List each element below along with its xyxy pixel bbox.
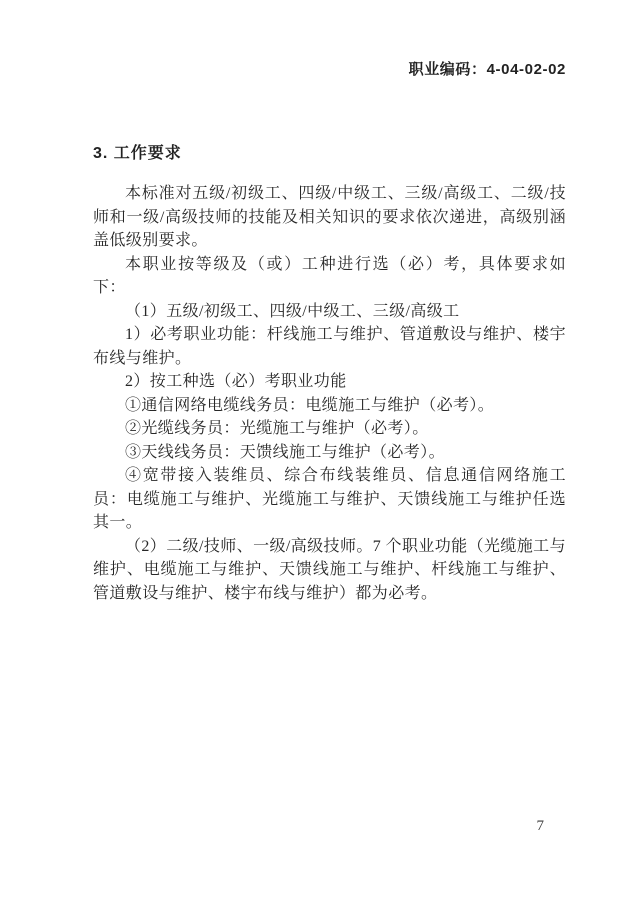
paragraph-exam-intro: 本职业按等级及（或）工种进行选（必）考，具体要求如下： — [93, 253, 566, 300]
document-page: 职业编码：4-04-02-02 3. 工作要求 本标准对五级/初级工、四级/中级… — [0, 0, 641, 899]
paragraph-standard-progression: 本标准对五级/初级工、四级/中级工、三级/高级工、二级/技师和一级/高级技师的技… — [93, 182, 566, 253]
paragraph-worker-type-4: ④宽带接入装维员、综合布线装维员、信息通信网络施工员：电缆施工与维护、光缆施工与… — [93, 464, 566, 535]
paragraph-item-1-1: 1）必考职业功能：杆线施工与维护、管道敷设与维护、楼宇布线与维护。 — [93, 323, 566, 370]
paragraph-item-1: （1）五级/初级工、四级/中级工、三级/高级工 — [93, 300, 566, 324]
paragraph-item-2: （2）二级/技师、一级/高级技师。7 个职业功能（光缆施工与维护、电缆施工与维护… — [93, 535, 566, 606]
section-heading: 3. 工作要求 — [93, 140, 182, 163]
paragraph-worker-type-3: ③天线线务员：天馈线施工与维护（必考）。 — [93, 441, 566, 465]
page-footer: 7 — [0, 818, 544, 835]
paragraph-item-1-2: 2）按工种选（必）考职业功能 — [93, 370, 566, 394]
page-header: 职业编码：4-04-02-02 — [93, 58, 566, 79]
paragraph-worker-type-2: ②光缆线务员：光缆施工与维护（必考）。 — [93, 417, 566, 441]
occupation-code: 职业编码：4-04-02-02 — [409, 61, 566, 78]
document-body: 本标准对五级/初级工、四级/中级工、三级/高级工、二级/技师和一级/高级技师的技… — [93, 182, 566, 605]
page-number: 7 — [537, 818, 545, 834]
paragraph-worker-type-1: ①通信网络电缆线务员：电缆施工与维护（必考）。 — [93, 394, 566, 418]
